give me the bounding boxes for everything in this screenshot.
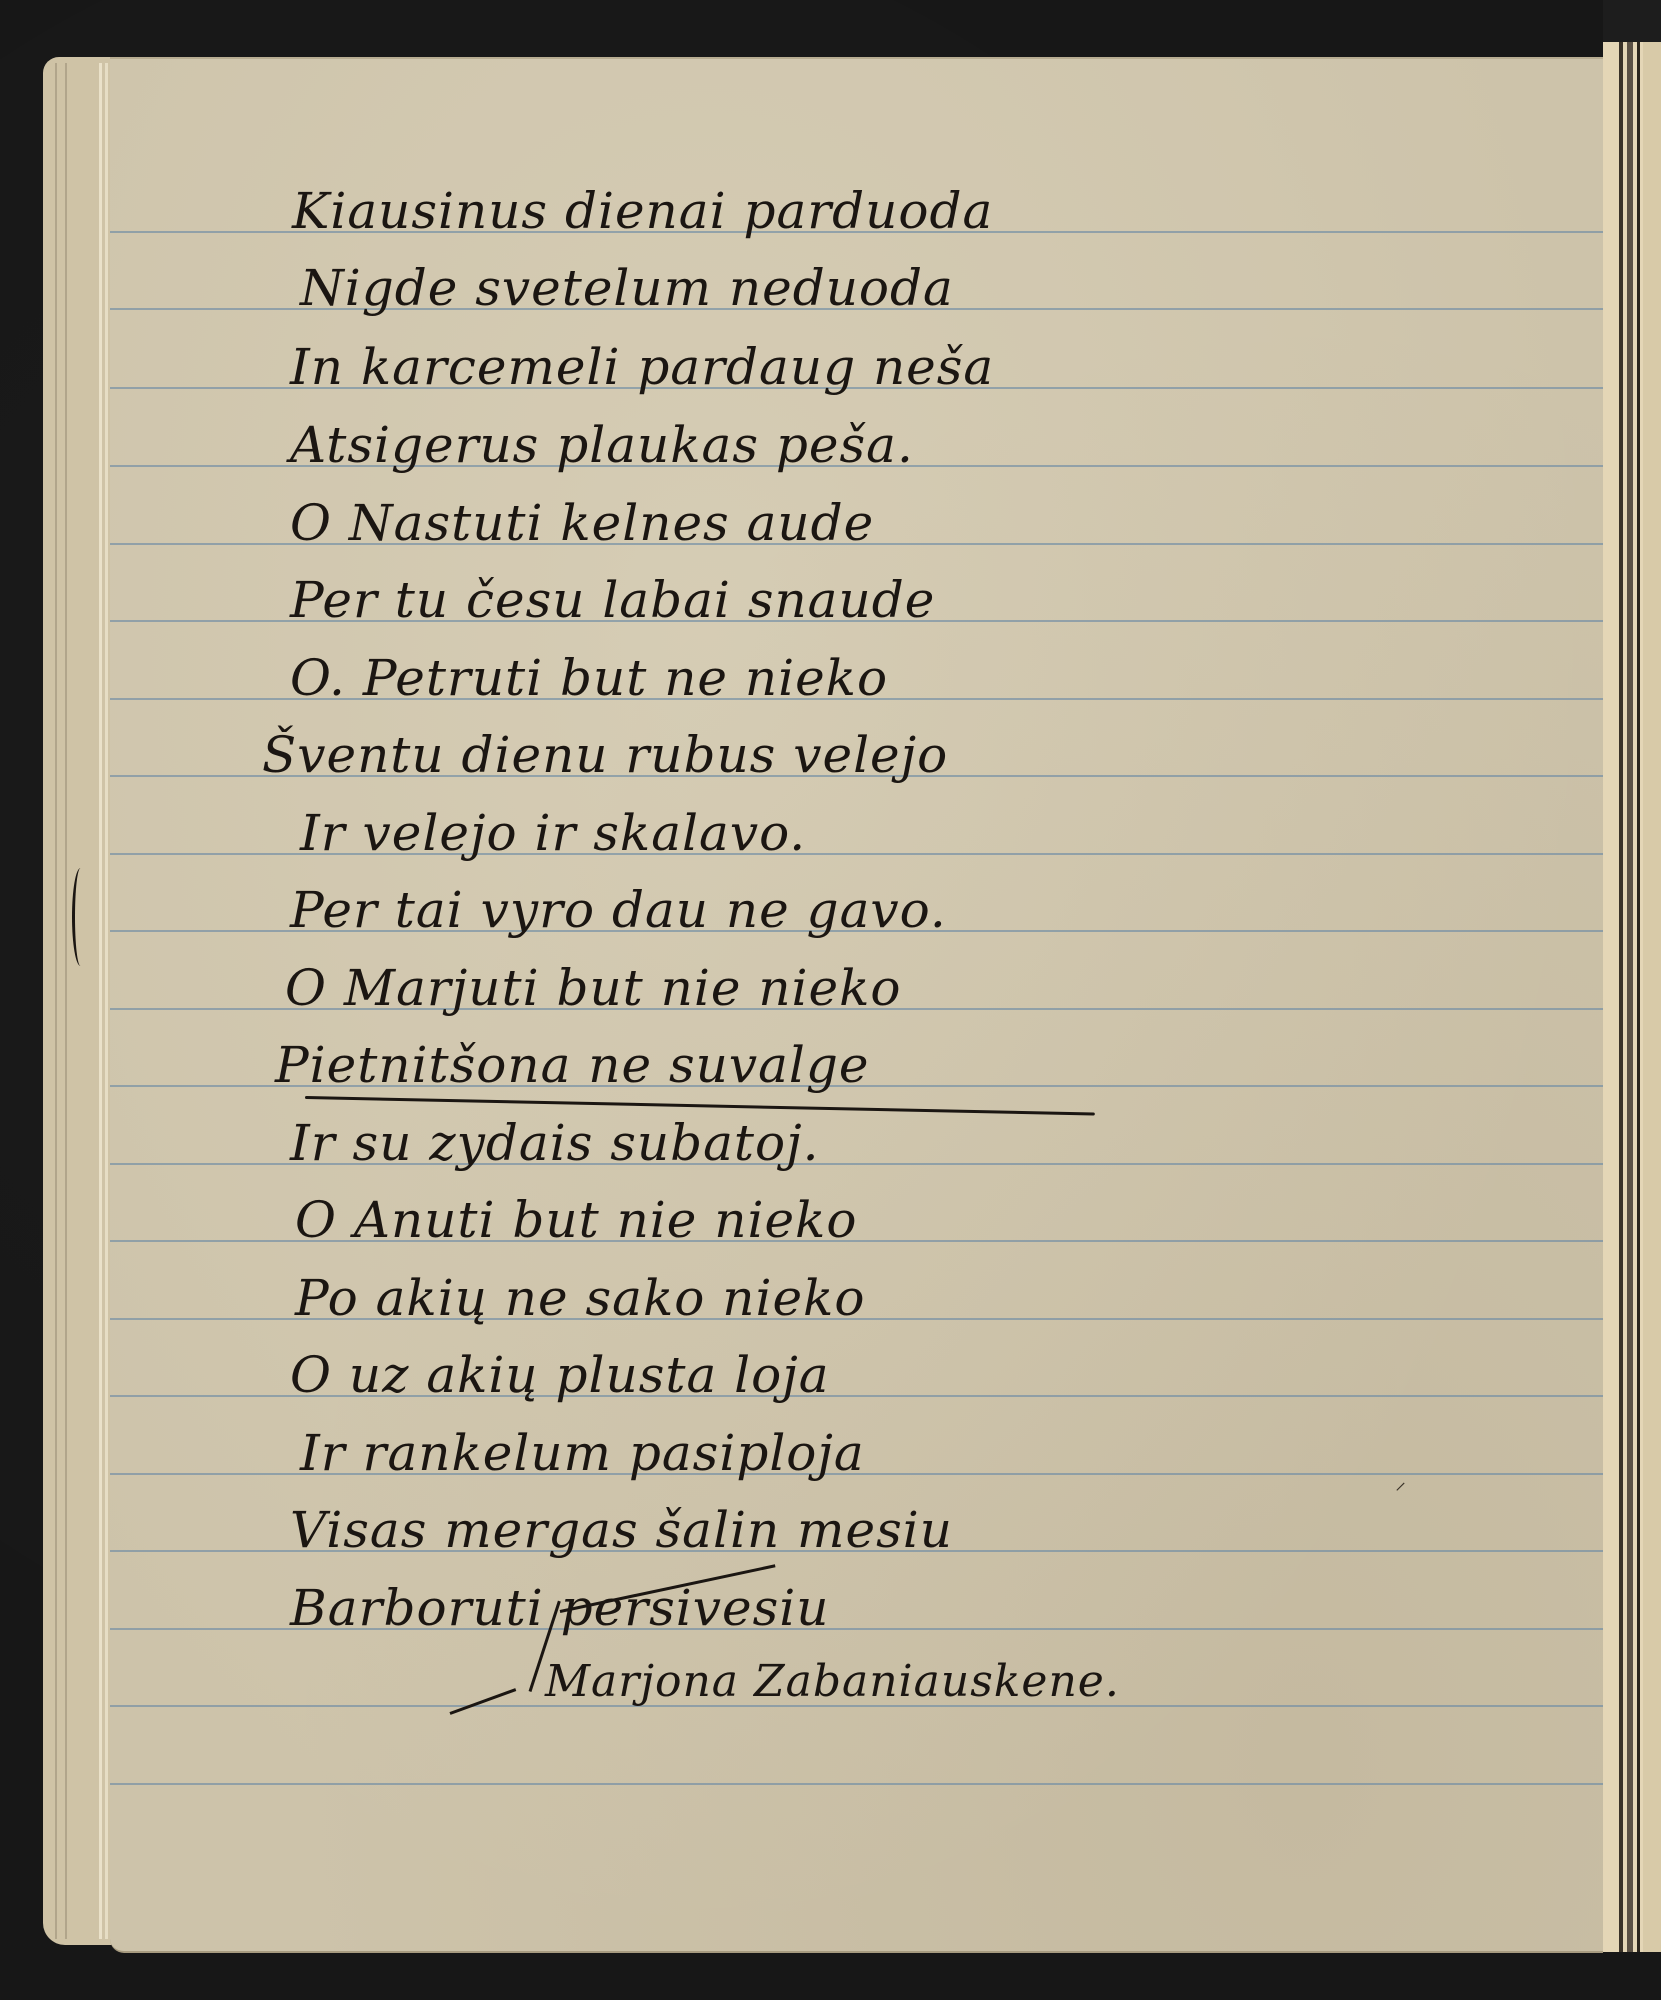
poem-line: O Anuti but nie nieko: [295, 1195, 857, 1245]
ruled-line: [110, 1783, 1603, 1785]
signature: Marjona Zabaniauskene.: [545, 1660, 1120, 1704]
poem-line: Visas mergas šalin mesiu: [290, 1505, 953, 1555]
poem-line: Ir velejo ir skalavo.: [300, 808, 806, 858]
binding-strip: [1637, 42, 1640, 1952]
poem-line: Nigde svetelum neduoda: [300, 263, 954, 313]
facing-page-edge: [1643, 42, 1661, 1952]
poem-line: O Nastuti kelnes aude: [290, 498, 874, 548]
poem-line: Ir su zydais subatoj.: [290, 1118, 820, 1168]
page-edge-line: [55, 63, 57, 1939]
page-edge-line: [105, 63, 108, 1939]
binding-strip: [1619, 42, 1623, 1952]
poem-line: O. Petruti but ne nieko: [290, 653, 888, 703]
poem-line: Per tu česu labai snaude: [290, 575, 935, 625]
poem-line: In karcemeli pardaug neša: [290, 342, 994, 392]
poem-line: Po akių ne sako nieko: [295, 1273, 865, 1323]
page-edge-line: [65, 63, 67, 1939]
poem-line: O uz akių plusta loja: [290, 1350, 830, 1400]
poem-line: Barboruti persivesiu: [290, 1583, 829, 1633]
page-edge-line: [99, 63, 102, 1939]
poem-line: O Marjuti but nie nieko: [285, 963, 902, 1013]
poem-line: Šventu dienu rubus velejo: [262, 730, 948, 780]
poem-line: Kiausinus dienai parduoda: [292, 186, 993, 236]
scan-background-corner: [1603, 0, 1661, 42]
poem-line: Per tai vyro dau ne gavo.: [290, 885, 947, 935]
poem-line: Atsigerus plaukas peša.: [290, 420, 914, 470]
binding-strip: [1627, 42, 1633, 1952]
pencil-tick-mark: ⸝: [1395, 1466, 1406, 1496]
poem-line: Pietnitšona ne suvalge: [275, 1040, 869, 1090]
notebook-binding: [1603, 42, 1661, 1952]
poem-line: Ir rankelum pasiploja: [300, 1428, 865, 1478]
margin-bracket-mark: [72, 868, 89, 966]
